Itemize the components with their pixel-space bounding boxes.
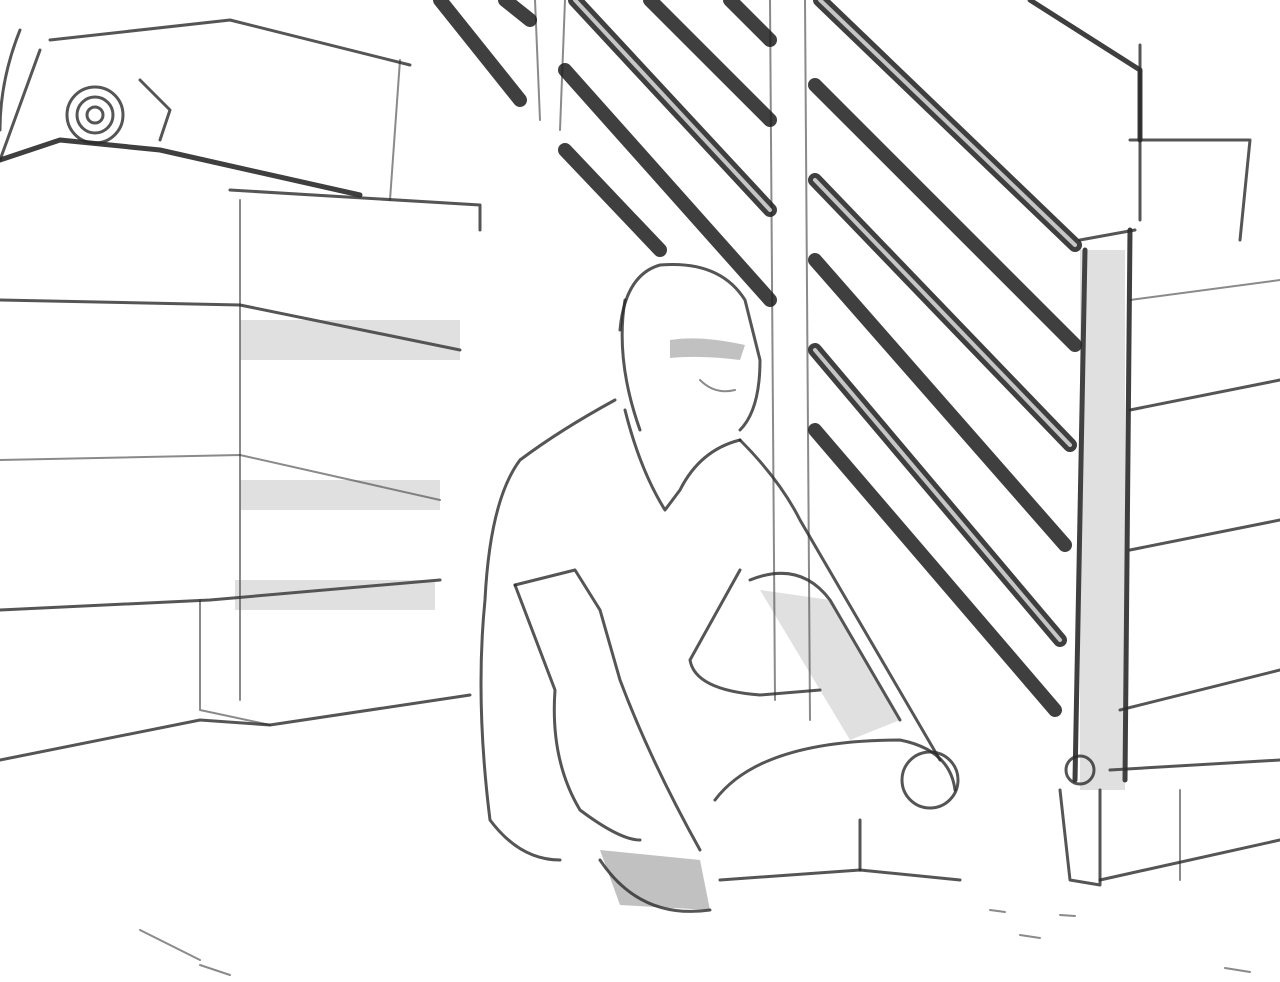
- sketch-scene: [0, 0, 1280, 982]
- floor: [140, 910, 1250, 975]
- ornament-rosette-icon: [67, 87, 123, 143]
- ceiling-beam: [0, 20, 410, 195]
- crouching-man: [481, 264, 960, 911]
- newel-post: [1060, 230, 1135, 885]
- wall-boxes: [0, 60, 480, 760]
